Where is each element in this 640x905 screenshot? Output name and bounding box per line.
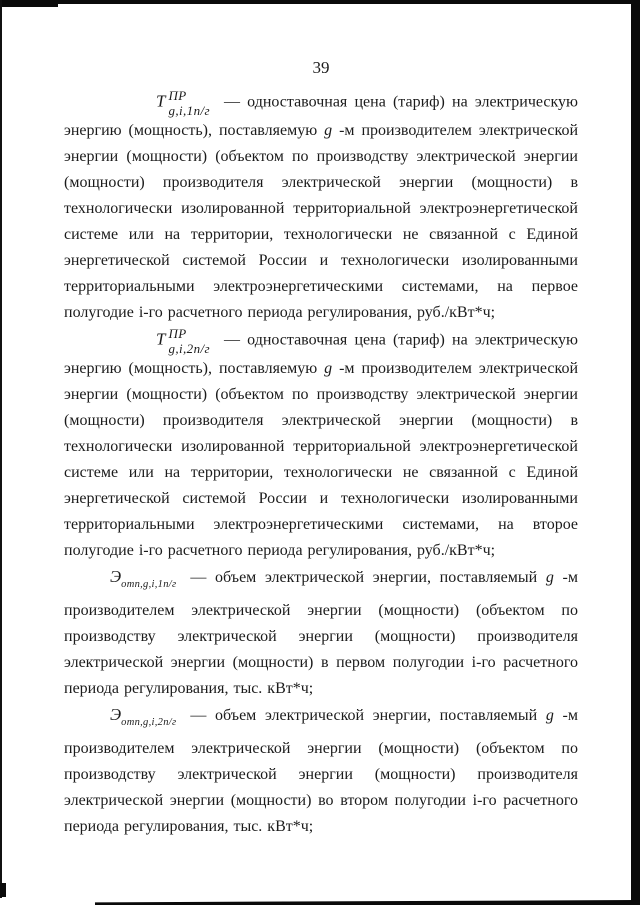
index-variable: g — [324, 122, 332, 139]
definition-tariff-second-half: ТПРg,i,2п/г— одноставочная цена (тариф) … — [64, 326, 578, 564]
index-variable: g — [546, 707, 554, 724]
scan-edge-bottom — [95, 900, 640, 905]
formula-scripts: ПРg,i,1п/г — [168, 88, 210, 118]
tariff-formula-first-half: ТПРg,i,1п/г — [110, 88, 210, 118]
definition-tariff-first-half: ТПРg,i,1п/г— одноставочная цена (тариф) … — [64, 88, 578, 326]
document-page: 39 ТПРg,i,1п/г— одноставочная цена (тари… — [64, 0, 578, 840]
formula-scripts: ПРg,i,2п/г — [168, 326, 210, 356]
definition-volume-second-half: Эотп,g,i,2п/г— объем электрической энерг… — [64, 702, 578, 840]
scan-edge-right — [631, 0, 640, 905]
formula-superscript: ПР — [168, 326, 210, 341]
scan-edge-left — [0, 0, 2, 898]
volume-formula-second-half: Эотп,g,i,2п/г — [110, 707, 176, 724]
formula-subscript: g,i,1п/г — [168, 103, 210, 118]
definition-volume-first-half: Эотп,g,i,1п/г— объем электрической энерг… — [64, 564, 578, 702]
scan-edge-bottom-blob — [0, 883, 6, 897]
formula-subscript: g,i,2п/г — [168, 341, 210, 356]
definition-text: — одноставочная цена (тариф) на электрич… — [64, 94, 578, 321]
formula-base: Т — [156, 330, 165, 349]
formula-base: Т — [156, 92, 165, 111]
text-run: — объем электрической энергии, поставляе… — [190, 569, 546, 586]
index-variable: g — [324, 360, 332, 377]
formula-base: Э — [110, 705, 121, 724]
volume-formula-first-half: Эотп,g,i,1п/г — [110, 569, 176, 586]
definition-text: — одноставочная цена (тариф) на электрич… — [64, 332, 578, 559]
formula-base: Э — [110, 567, 121, 586]
scan-edge-top-left — [0, 0, 58, 7]
formula-subscript: отп,g,i,2п/г — [121, 717, 176, 728]
formula-superscript: ПР — [168, 88, 210, 103]
text-run: -м производителем электрической энергии … — [64, 122, 578, 321]
text-run: -м производителем электрической энергии … — [64, 360, 578, 559]
tariff-formula-second-half: ТПРg,i,2п/г — [110, 326, 210, 356]
formula-subscript: отп,g,i,1п/г — [121, 579, 176, 590]
page-number: 39 — [64, 58, 578, 78]
text-run: — объем электрической энергии, поставляе… — [190, 707, 546, 724]
index-variable: g — [546, 569, 554, 586]
